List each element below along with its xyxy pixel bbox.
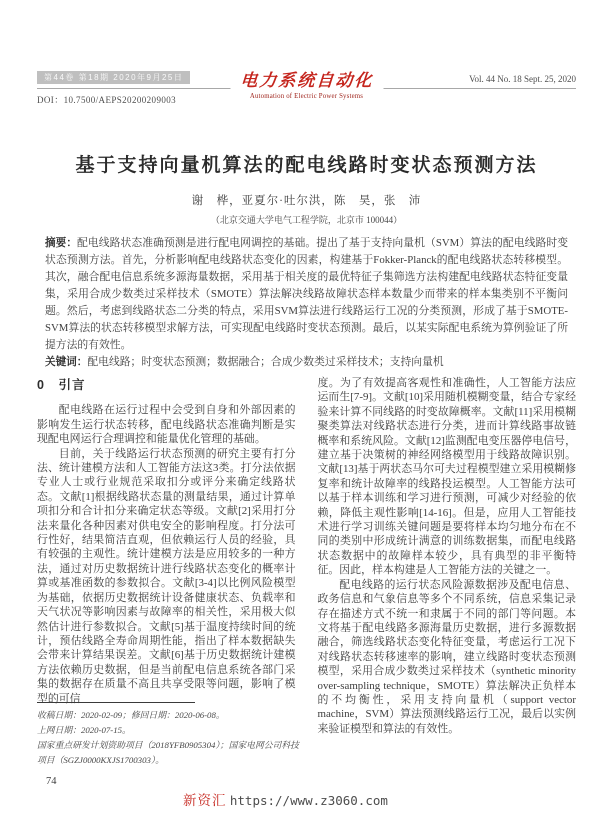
body-paragraph: 配电线路在运行过程中会受到自身和外部因素的影响发生运行状态转移，配电线路状态准确… <box>37 403 296 446</box>
abstract-block: 摘要：配电线路状态准确预测是进行配电网调控的基础。提出了基于支持向量机（SVM）… <box>45 235 568 354</box>
body-paragraph: 度。为了有效提高客观性和准确性，人工智能方法应运而生[7-9]。文献[10]采用… <box>318 376 577 578</box>
keywords-text: 配电线路；时变状态预测；数据融合；合成少数类过采样技术；支持向量机 <box>87 356 443 368</box>
paper-page: 第44卷 第18期 2020年9月25日 DOI：10.7500/AEPS202… <box>0 0 613 825</box>
left-column: 0 引言 配电线路在运行过程中会受到自身和外部因素的影响发生运行状态转移，配电线… <box>37 376 296 736</box>
footnote-block: 收稿日期：2020-02-09；修回日期：2020-06-08。 上网日期：20… <box>37 702 300 768</box>
journal-header: 第44卷 第18期 2020年9月25日 DOI：10.7500/AEPS202… <box>37 66 576 106</box>
section-0-heading: 0 引言 <box>37 378 296 392</box>
body-paragraph: 目前，关于线路运行状态预测的研究主要有打分法、统计建模方法和人工智能方法这3类。… <box>37 447 296 706</box>
page-number: 74 <box>46 776 57 787</box>
volume-issue-en: Vol. 44 No. 18 Sept. 25, 2020 <box>469 74 576 84</box>
abstract-text: 配电线路状态准确预测是进行配电网调控的基础。提出了基于支持向量机（SVM）算法的… <box>45 237 568 351</box>
affiliation-line: （北京交通大学电气工程学院，北京市 100044） <box>37 213 576 226</box>
abstract-label: 摘要： <box>45 237 77 249</box>
journal-name-cn: 电力系统自动化 <box>239 66 374 91</box>
paper-title: 基于支持向量机算法的配电线路时变状态预测方法 <box>37 150 576 177</box>
watermark: 新资汇 https://www.z3060.com <box>183 789 388 809</box>
doi-text: DOI：10.7500/AEPS20200209003 <box>37 93 176 106</box>
authors-line: 谢 桦，亚夏尔·吐尔洪，陈 昊，张 沛 <box>37 192 576 208</box>
journal-logo: 电力系统自动化 Automation of Electric Power Sys… <box>230 66 383 100</box>
footnote-dates-online: 上网日期：2020-07-15。 <box>37 723 300 738</box>
page-content: 第44卷 第18期 2020年9月25日 DOI：10.7500/AEPS202… <box>37 66 576 736</box>
keywords-label: 关键词： <box>45 356 87 368</box>
footnote-dates-received: 收稿日期：2020-02-09；修回日期：2020-06-08。 <box>37 708 300 723</box>
footnote-divider <box>37 702 195 703</box>
watermark-url: https://www.z3060.com <box>230 793 388 808</box>
journal-name-en: Automation of Electric Power Systems <box>240 93 373 100</box>
body-paragraph: 配电线路的运行状态风险源数据涉及配电信息、政务信息和气象信息等多个不同系统，信息… <box>318 578 577 736</box>
volume-issue-band: 第44卷 第18期 2020年9月25日 <box>37 71 190 84</box>
watermark-brand: 新资汇 <box>183 793 227 808</box>
keywords-block: 关键词：配电线路；时变状态预测；数据融合；合成少数类过采样技术；支持向量机 <box>45 354 568 371</box>
footnote-funding: 国家重点研发计划资助项目（2018YFB0905304）；国家电网公司科技项目（… <box>37 738 300 768</box>
body-columns: 0 引言 配电线路在运行过程中会受到自身和外部因素的影响发生运行状态转移，配电线… <box>37 376 576 736</box>
right-column: 度。为了有效提高客观性和准确性，人工智能方法应运而生[7-9]。文献[10]采用… <box>318 376 577 736</box>
